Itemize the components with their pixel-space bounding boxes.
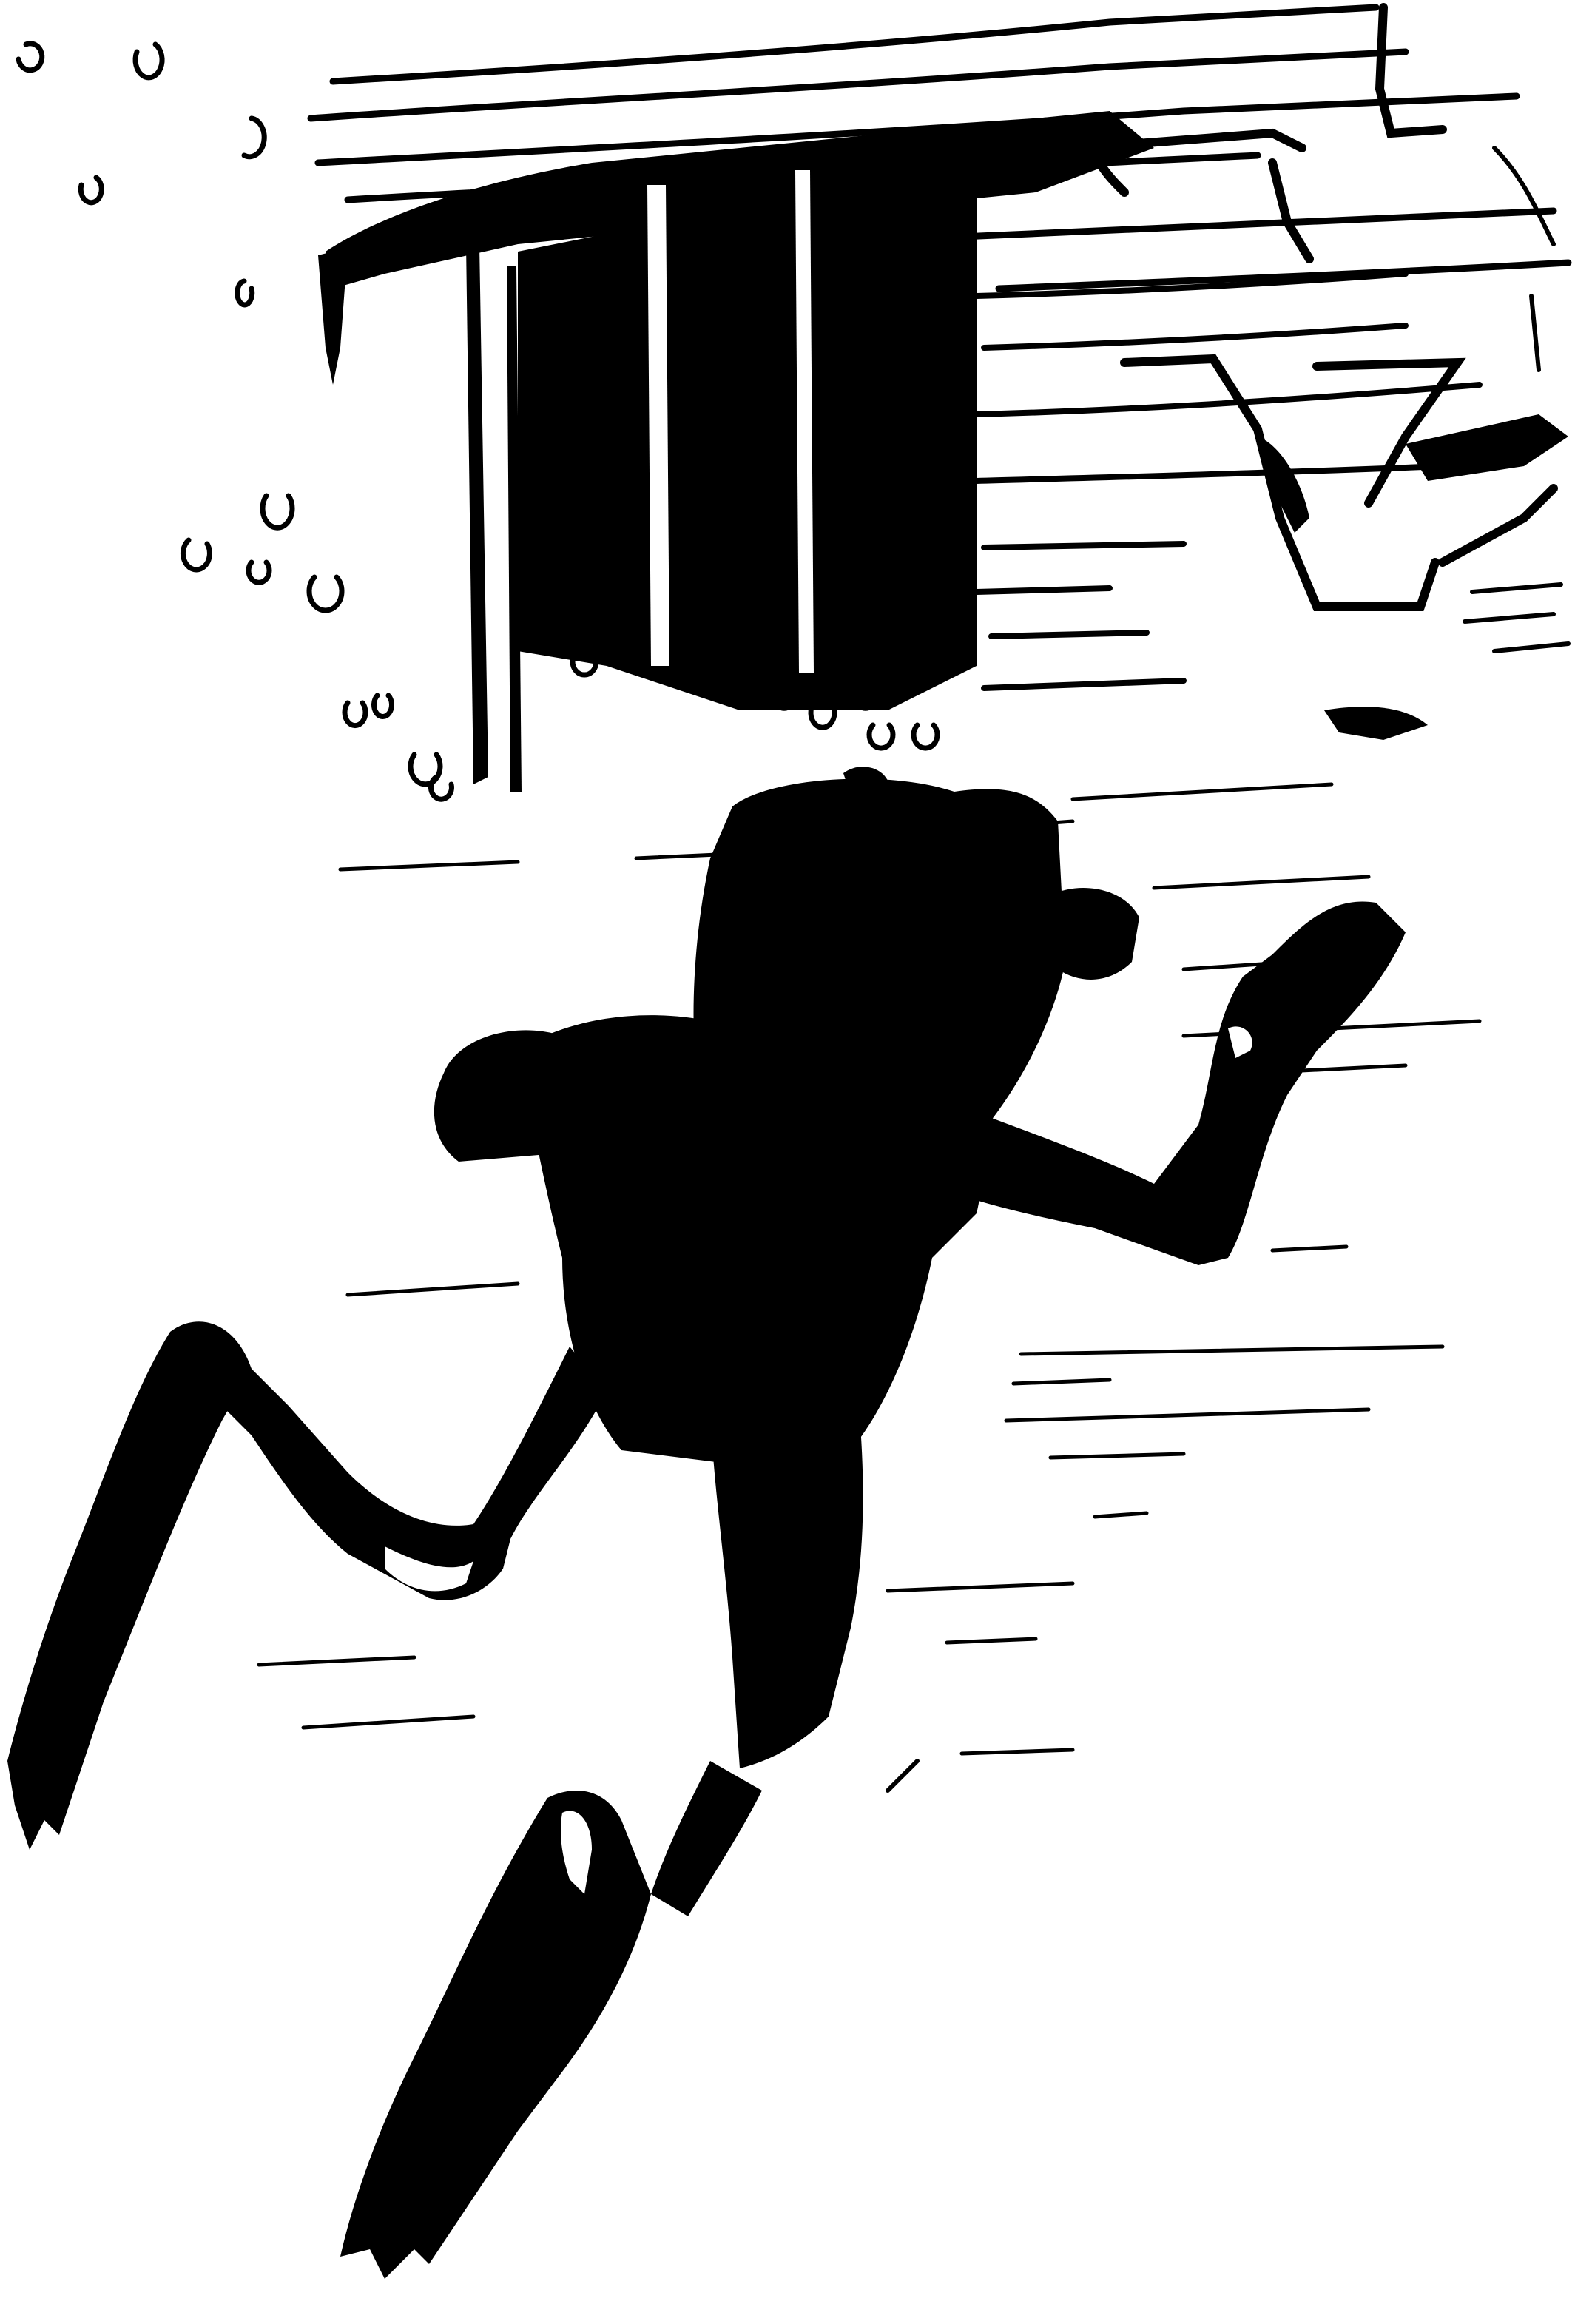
fin-left [7,1321,252,1850]
wreck-structure [311,7,1568,792]
fin-right [340,1791,651,2279]
diver [7,767,1406,2279]
diver-illustration [0,0,1592,2324]
diver-lower-leg-right [651,1761,762,1916]
